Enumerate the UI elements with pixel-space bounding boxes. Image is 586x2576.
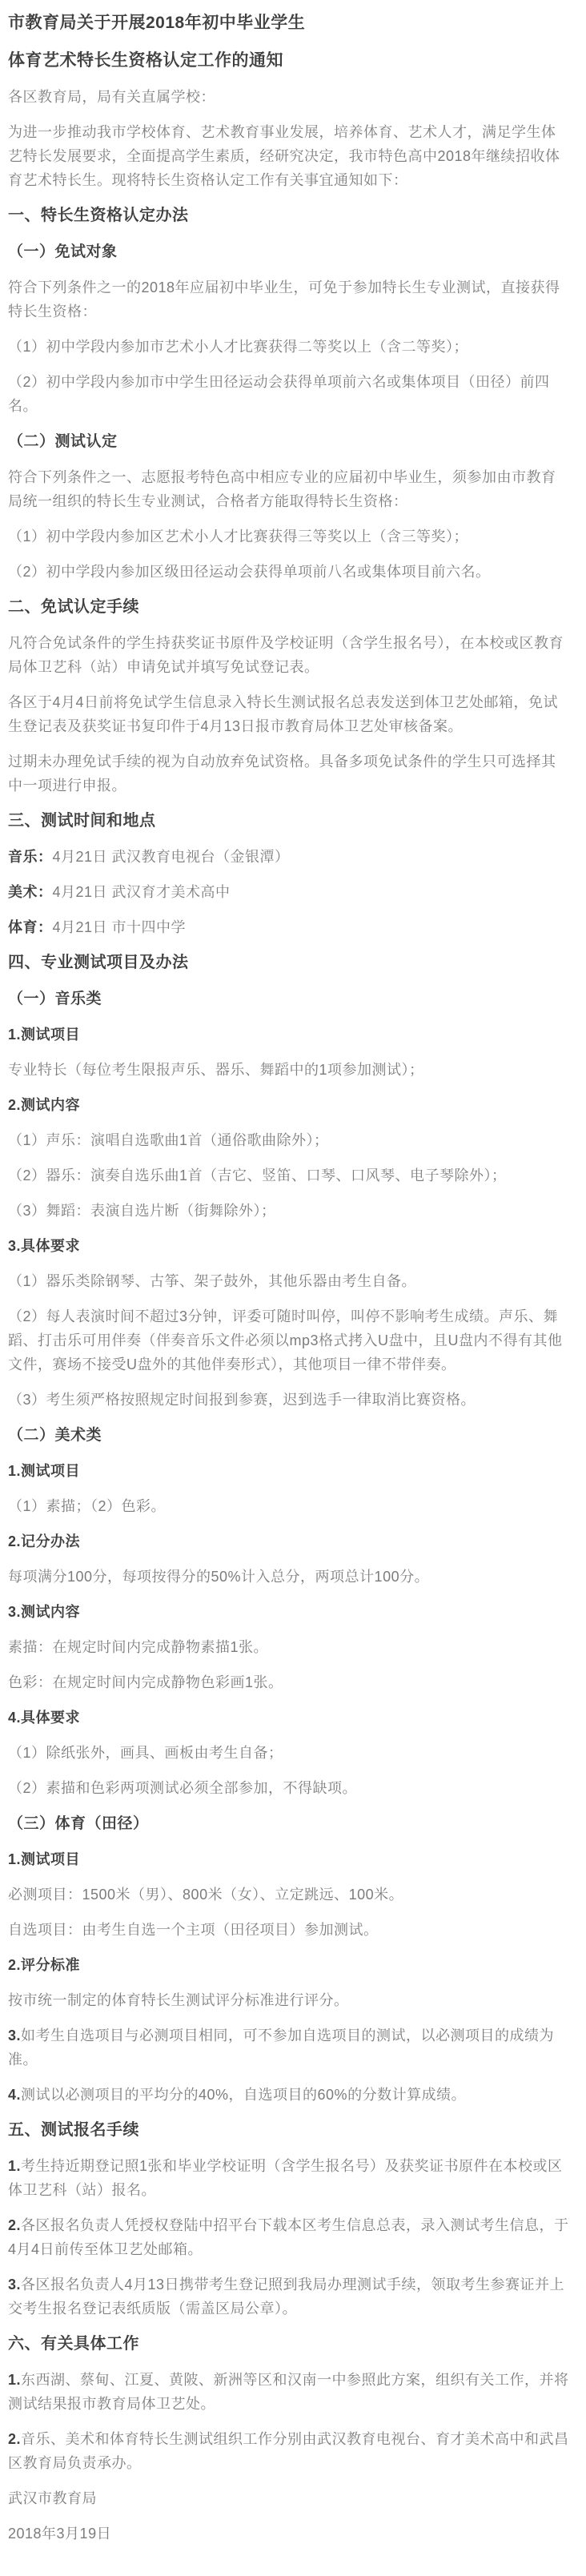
paragraph: （3）考生须严格按照规定时间报到参赛，迟到选手一律取消比赛资格。 [8,1388,570,1412]
paragraph: 凡符合免试条件的学生持获奖证书原件及学校证明（含学生报名号），在本校或区教育局体… [8,631,570,679]
paragraph: （1）素描；（2）色彩。 [8,1494,570,1518]
venue-music: 音乐：4月21日 武汉教育电视台（金银潭） [8,845,570,869]
numbered-item: 3.各区报名负责人4月13日携带考生登记照到我局办理测试手续，领取考生参赛证并上… [8,2273,570,2321]
paragraph: （1）初中学段内参加区艺术小人才比赛获得三等奖以上（含三等奖）； [8,524,570,549]
bold-label: 4. [8,2087,21,2103]
bold-label: 2. [8,2431,21,2447]
paragraph: （3）舞蹈：表演自选片断（街舞除外）； [8,1199,570,1223]
intro-paragraph: 为进一步推动我市学校体育、艺术教育事业发展，培养体育、艺术人才，满足学生体艺特长… [8,120,570,192]
paragraph: （1）器乐类除钢琴、古筝、架子鼓外，其他乐器由考生自备。 [8,1269,570,1293]
paragraph: （1）声乐：演唱自选歌曲1首（通俗歌曲除外）； [8,1128,570,1152]
notice-document: 市教育局关于开展2018年初中毕业学生体育艺术特长生资格认定工作的通知各区教育局… [0,10,586,2576]
bold-label: 1. [8,2372,21,2388]
section-heading: 一、特长生资格认定办法 [8,203,570,228]
bold-label: 1. [8,2158,21,2174]
line-text: 各区报名负责人4月13日携带考生登记照到我局办理测试手续，领取考生参赛证并上交考… [8,2277,564,2317]
item-heading: 3.测试内容 [8,1600,570,1624]
title-line: 体育艺术特长生资格认定工作的通知 [8,47,570,74]
subsection-heading: （二）美术类 [8,1423,570,1448]
paragraph: 素描：在规定时间内完成静物素描1张。 [8,1635,570,1659]
paragraph: （2）素描和色彩两项测试必须全部参加，不得缺项。 [8,1776,570,1800]
venue-sports: 体育：4月21日 市十四中学 [8,915,570,939]
bold-label: 3. [8,2027,21,2044]
item-heading: 1.测试项目 [8,1023,570,1047]
item-heading: 1.测试项目 [8,1459,570,1483]
item-heading: 4.具体要求 [8,1706,570,1730]
paragraph: （2）每人表演时间不超过3分钟，评委可随时叫停，叫停不影响考生成绩。声乐、舞蹈、… [8,1304,570,1376]
numbered-item: 2.各区报名负责人凭授权登陆中招平台下载本区考生信息总表，录入测试考生信息，于4… [8,2213,570,2261]
bold-label: 音乐： [8,849,53,865]
subsection-heading: （一）免试对象 [8,239,570,264]
numbered-item: 4.测试以必测项目的平均分的40%，自选项目的60%的分数计算成绩。 [8,2083,570,2107]
numbered-item: 1.考生持近期登记照1张和毕业学校证明（含学生报名号）及获奖证书原件在本校或区体… [8,2154,570,2202]
paragraph: 专业特长（每位考生限报声乐、器乐、舞蹈中的1项参加测试）； [8,1058,570,1082]
paragraph: 自选项目：由考生自选一个主项（田径项目）参加测试。 [8,1918,570,1942]
line-text: 东西湖、蔡甸、江夏、黄陂、新洲等区和汉南一中参照此方案，组织有关工作，并将测试结… [8,2372,569,2412]
item-heading: 2.测试内容 [8,1093,570,1117]
paragraph: 各区于4月4日前将免试学生信息录入特长生测试报名总表发送到体卫艺处邮箱，免试生登… [8,690,570,738]
item-heading: 2.评分标准 [8,1953,570,1977]
paragraph: （2）初中学段内参加区级田径运动会获得单项前八名或集体项目前六名。 [8,560,570,584]
section-heading: 四、专业测试项目及办法 [8,950,570,975]
paragraph: 色彩：在规定时间内完成静物色彩画1张。 [8,1670,570,1694]
paragraph: 每项满分100分，每项按得分的50%计入总分，两项总计100分。 [8,1565,570,1589]
section-heading: 二、免试认定手续 [8,595,570,620]
numbered-item: 1.东西湖、蔡甸、江夏、黄陂、新洲等区和汉南一中参照此方案，组织有关工作，并将测… [8,2368,570,2416]
item-heading: 3.具体要求 [8,1234,570,1258]
numbered-item: 2.音乐、美术和体育特长生测试组织工作分别由武汉教育电视台、育才美术高中和武昌区… [8,2427,570,2475]
bold-label: 2. [8,2217,21,2233]
subsection-heading: （一）音乐类 [8,987,570,1011]
paragraph: （2）器乐：演奏自选乐曲1首（吉它、竖笛、口琴、口风琴、电子琴除外）； [8,1163,570,1188]
paragraph: 符合下列条件之一的2018年应届初中毕业生，可免于参加特长生专业测试，直接获得特… [8,275,570,324]
paragraph: 符合下列条件之一、志愿报考特色高中相应专业的应届初中毕业生，须参加由市教育局统一… [8,465,570,513]
section-heading: 五、测试报名手续 [8,2118,570,2143]
paragraph: 按市统一制定的体育特长生测试评分标准进行评分。 [8,1988,570,2012]
paragraph: （2）初中学段内参加市中学生田径运动会获得单项前六名或集体项目（田径）前四名。 [8,370,570,418]
paragraph: （1）初中学段内参加市艺术小人才比赛获得二等奖以上（含二等奖）； [8,335,570,359]
bold-label: 美术： [8,884,53,900]
paragraph: 过期未办理免试手续的视为自动放弃免试资格。具备多项免试条件的学生只可选择其中一项… [8,749,570,798]
paragraph: 必测项目：1500米（男）、800米（女）、立定跳远、100米。 [8,1883,570,1907]
line-text: 考生持近期登记照1张和毕业学校证明（含学生报名号）及获奖证书原件在本校或区体卫艺… [8,2158,563,2198]
line-text: 如考生自选项目与必测项目相同，可不参加自选项目的测试，以必测项目的成绩为准。 [8,2027,554,2068]
salutation: 各区教育局，局有关直属学校： [8,85,570,109]
line-text: 音乐、美术和体育特长生测试组织工作分别由武汉教育电视台、育才美术高中和武昌区教育… [8,2431,569,2471]
subsection-heading: （二）测试认定 [8,429,570,454]
line-text: 各区报名负责人凭授权登陆中招平台下载本区考生信息总表，录入测试考生信息，于4月4… [8,2217,569,2257]
numbered-item: 3.如考生自选项目与必测项目相同，可不参加自选项目的测试，以必测项目的成绩为准。 [8,2023,570,2072]
line-text: 测试以必测项目的平均分的40%，自选项目的60%的分数计算成绩。 [21,2087,466,2103]
venue-art: 美术：4月21日 武汉育才美术高中 [8,880,570,904]
signature-org: 武汉市教育局 [8,2486,570,2510]
section-heading: 三、测试时间和地点 [8,809,570,834]
item-heading: 1.测试项目 [8,1847,570,1871]
signature-date: 2018年3月19日 [8,2522,570,2546]
title-line: 市教育局关于开展2018年初中毕业学生 [8,10,570,36]
section-heading: 六、有关具体工作 [8,2332,570,2357]
line-text: 4月21日 市十四中学 [53,919,187,935]
item-heading: 2.记分办法 [8,1529,570,1553]
line-text: 4月21日 武汉教育电视台（金银潭） [53,849,290,865]
bold-label: 3. [8,2277,21,2293]
line-text: 4月21日 武汉育才美术高中 [53,884,231,900]
paragraph: （1）除纸张外，画具、画板由考生自备； [8,1741,570,1765]
subsection-heading: （三）体育（田径） [8,1811,570,1836]
bold-label: 体育： [8,919,53,935]
